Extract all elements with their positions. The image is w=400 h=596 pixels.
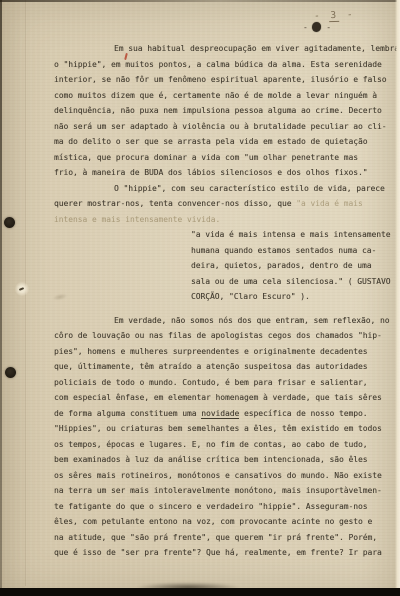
typed-line: êles, com petulante entono na voz, com p… [54, 514, 400, 530]
scan-edge-top [0, 0, 400, 2]
typed-line: mística, que procura dominar a vida com … [54, 150, 400, 166]
typed-line: os sêres mais rotineiros, monótonos e ca… [54, 468, 400, 484]
typed-line: ma do delito o ser que se arrasta pela v… [54, 134, 400, 150]
typed-line: como muitos dizem que é, certamente não … [54, 88, 400, 104]
typed-line: na atitude, que "são prá frente", que qu… [54, 530, 400, 546]
typed-line: intensa e mais intensamente vivida. [54, 212, 400, 228]
typed-line: com especial ênfase, em elementar homena… [54, 390, 400, 406]
typed-line: os tempos, épocas e lugares. E, no fim d… [54, 437, 400, 453]
typed-line: de forma alguma constituem uma novidade … [54, 406, 400, 422]
hole-punch-bottom [5, 367, 16, 378]
typed-line: "Hippies", ou criaturas bem semelhantes … [54, 421, 400, 437]
typed-line: humana quando estamos sentados numa ca- [54, 243, 400, 259]
typed-line: te fatigante do que o sincero e verdadei… [54, 499, 400, 515]
typed-line: Em sua habitual despreocupação em viver … [54, 41, 400, 57]
erased-text: "a vida é mais [296, 199, 363, 208]
typed-line: policiais de todo o mundo. Contudo, é be… [54, 375, 400, 391]
typed-line: que, últimamente, têm atraído a atenção … [54, 359, 400, 375]
typed-line: querer mostrar-nos, tenta convencer-nos … [54, 196, 400, 212]
typed-line: O "hippie", com seu característico estil… [54, 181, 400, 197]
typed-line: pies", homens e mulheres surpreendentes … [54, 344, 400, 360]
typed-line: côro de louvação ou nas filas de apologi… [54, 328, 400, 344]
typed-line: "a vida é mais intensa e mais intensamen… [54, 227, 400, 243]
typed-line: Em verdade, não somos nós dos que entram… [54, 313, 400, 329]
typed-line: na terra um ser mais intoleravelmente mo… [54, 483, 400, 499]
ink-blot [312, 22, 321, 32]
scan-edge-left [0, 0, 2, 596]
paper-damage-spot [15, 282, 29, 296]
typed-line: deira, quietos, parados, dentro de uma [54, 258, 400, 274]
typed-line: sala ou de uma cela silenciosa." ( GUSTA… [54, 274, 400, 290]
typed-line: bem examinados à luz da análise crítica … [54, 452, 400, 468]
hole-punch-top [4, 217, 15, 228]
typed-line: que é isso de "ser pra frente"? Que há, … [54, 545, 400, 561]
scan-edge-right [395, 0, 400, 588]
typed-line: delinquência, não puxa nem impulsiona pe… [54, 103, 400, 119]
typed-line: não será um ser adaptado à violência ou … [54, 119, 400, 135]
typed-line: CORÇÃO, "Claro Escuro" ). [54, 289, 400, 305]
scanned-page: - 3 - - 2 - Em sua habitual despreocupaç… [0, 0, 400, 596]
typed-line: frio, à maneira de BUDA dos lábios silen… [54, 165, 400, 181]
typed-text: Em sua habitual despreocupação em viver … [54, 41, 400, 561]
typed-line: o "hippie", em muitos pontos, a calma bú… [54, 57, 400, 73]
typed-page-number: - 2 - [303, 23, 332, 32]
handwritten-page-number: - 3 - [314, 9, 355, 21]
paragraph-gap [54, 305, 400, 313]
typed-line: interior, se não fôr um fenômeno espirit… [54, 72, 400, 88]
scan-edge-bottom [0, 588, 400, 596]
page-number-prefix: - [314, 10, 330, 22]
page-number-suffix: - [339, 9, 355, 21]
